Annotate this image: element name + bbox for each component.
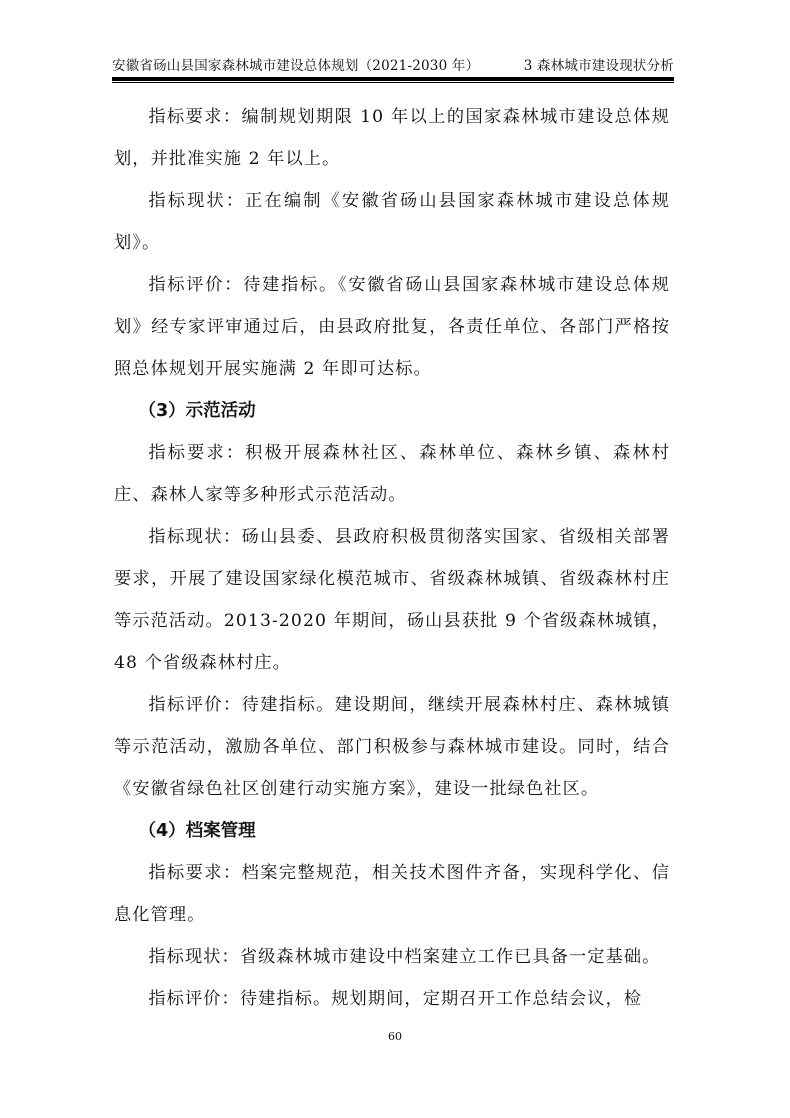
header-chapter-title: 3 森林城市建设现状分析 [524, 54, 674, 74]
paragraph-requirement-plan: 指标要求：编制规划期限 10 年以上的国家森林城市建设总体规划，并批准实施 2 … [114, 96, 670, 180]
paragraph-requirement-archives: 指标要求：档案完整规范，相关技术图件齐备，实现科学化、信息化管理。 [114, 852, 670, 936]
paragraph-status-demonstration: 指标现状：砀山县委、县政府积极贯彻落实国家、省级相关部署要求，开展了建设国家绿化… [114, 516, 670, 684]
header-rule-thin [112, 82, 674, 83]
header-rule-thick [112, 77, 674, 81]
page-number: 60 [0, 1030, 790, 1043]
header-document-title: 安徽省砀山县国家森林城市建设总体规划（2021-2030 年） [112, 54, 479, 74]
paragraph-status-archives: 指标现状：省级森林城市建设中档案建立工作已具备一定基础。 [114, 936, 670, 978]
paragraph-evaluation-demonstration: 指标评价：待建指标。建设期间，继续开展森林村庄、森林城镇等示范活动，激励各单位、… [114, 684, 670, 810]
paragraph-requirement-demonstration: 指标要求：积极开展森林社区、森林单位、森林乡镇、森林村庄、森林人家等多种形式示范… [114, 432, 670, 516]
section-heading-demonstration: （3）示范活动 [114, 390, 670, 432]
paragraph-status-plan: 指标现状：正在编制《安徽省砀山县国家森林城市建设总体规划》。 [114, 180, 670, 264]
page-body: 指标要求：编制规划期限 10 年以上的国家森林城市建设总体规划，并批准实施 2 … [114, 96, 670, 1020]
paragraph-evaluation-plan: 指标评价：待建指标。《安徽省砀山县国家森林城市建设总体规划》经专家评审通过后，由… [114, 264, 670, 390]
paragraph-evaluation-archives: 指标评价：待建指标。规划期间，定期召开工作总结会议，检 [114, 978, 670, 1020]
page-header: 安徽省砀山县国家森林城市建设总体规划（2021-2030 年） 3 森林城市建设… [112, 52, 674, 83]
section-heading-archives: （4）档案管理 [114, 810, 670, 852]
